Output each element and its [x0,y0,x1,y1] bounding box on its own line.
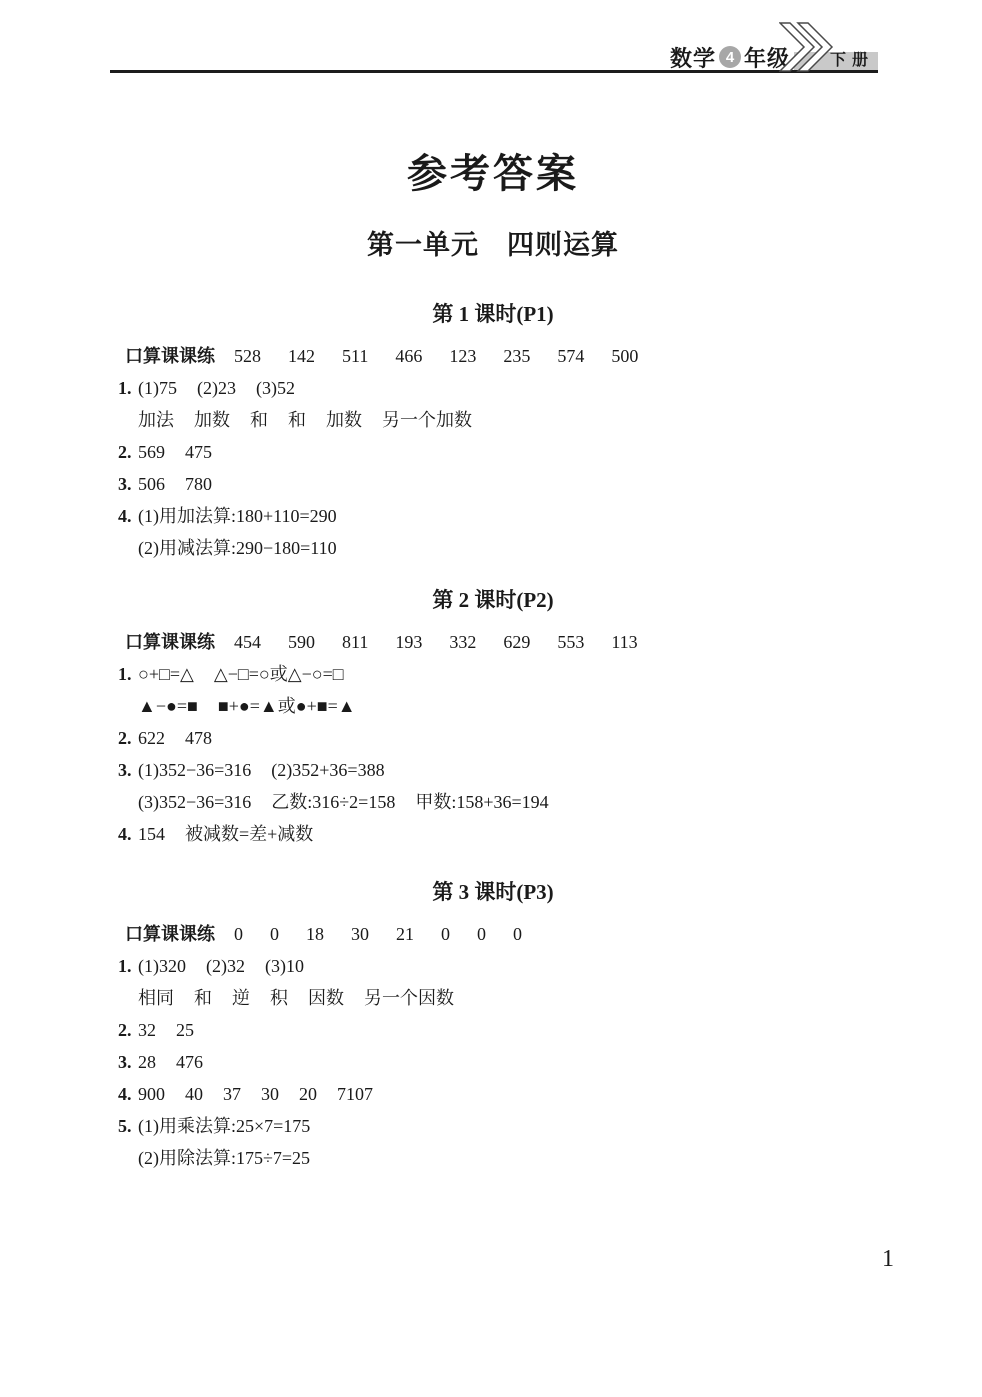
answer-segment: 逆 [232,982,250,1014]
answer-segment: 454 [234,626,261,658]
answer-segment: △−□=○或△−○=□ [214,658,344,690]
answer-line: 相同和逆积因数另一个因数 [118,982,868,1014]
answer-segment: (2)352+36=388 [271,754,384,786]
oral-practice-line: 口算课课练528142511466123235574500 [118,340,868,372]
answer-line: 4.(1)用加法算:180+110=290 [118,500,868,532]
answer-segment: 20 [299,1078,317,1110]
answer-segment: 加数 [326,404,362,436]
answer-segment: 476 [176,1046,203,1078]
double-chevron-right-icon [779,22,841,77]
oral-practice-label: 口算课课练 [125,340,215,372]
answer-segment: 235 [503,340,530,372]
answer-segment: 积 [270,982,288,1014]
answer-segment: 154 [138,818,165,850]
item-number: 3. [118,754,138,786]
answer-line: 4.154被减数=差+减数 [118,818,868,850]
answer-line: 1.○+□=△△−□=○或△−○=□ [118,658,868,690]
answer-segment: 乙数:316÷2=158 [271,786,395,818]
answer-segment: 574 [557,340,584,372]
answer-segment: 另一个因数 [364,982,454,1014]
oral-practice-line: 口算课课练00183021000 [118,918,868,950]
answer-segment: (2)23 [197,372,236,404]
answer-segment: 28 [138,1046,156,1078]
answer-segment: 和 [288,404,306,436]
answer-segment: (1)用乘法算:25×7=175 [138,1110,310,1142]
answer-line: 2.622478 [118,722,868,754]
answer-line: ▲−●=■■+●=▲或●+■=▲ [118,690,868,722]
answer-segment: 553 [557,626,584,658]
answer-segment: 475 [185,436,212,468]
item-number: 4. [118,500,138,532]
answer-line: (2)用除法算:175÷7=25 [118,1142,868,1174]
item-number: 5. [118,1110,138,1142]
answer-segment: 113 [611,626,637,658]
item-number: 3. [118,468,138,500]
answer-segment: 被减数=差+减数 [185,818,313,850]
answer-segment: 7107 [337,1078,373,1110]
item-number: 3. [118,1046,138,1078]
answer-segment: (3)352−36=316 [138,786,251,818]
lesson-heading: 第 3 课时(P3) [118,880,868,904]
answer-segment: 加法 [138,404,174,436]
answer-segment: 21 [396,918,414,950]
sections-container: 第 1 课时(P1)口算课课练5281425114661232355745001… [118,302,868,1174]
answer-segment: 780 [185,468,212,500]
item-number: 1. [118,950,138,982]
answer-segment: ○+□=△ [138,658,194,690]
oral-practice-line: 口算课课练454590811193332629553113 [118,626,868,658]
item-number: 2. [118,1014,138,1046]
answer-segment: 123 [449,340,476,372]
content-column: 参考答案 第一单元 四则运算 第 1 课时(P1)口算课课练5281425114… [118,0,868,1174]
answer-segment: 37 [223,1078,241,1110]
answer-segment: 900 [138,1078,165,1110]
answer-segment: 25 [176,1014,194,1046]
answer-line: 2.569475 [118,436,868,468]
answer-segment: 另一个加数 [382,404,472,436]
answer-line: 2.3225 [118,1014,868,1046]
answer-segment: 和 [194,982,212,1014]
answer-segment: 332 [449,626,476,658]
answer-line: 1.(1)320(2)32(3)10 [118,950,868,982]
answer-line: 4.900403730207107 [118,1078,868,1110]
answer-segment: 30 [261,1078,279,1110]
answer-line: 3.28476 [118,1046,868,1078]
answer-segment: 506 [138,468,165,500]
answer-segment: 478 [185,722,212,754]
answer-segment: ▲−●=■ [138,690,198,722]
answer-segment: 0 [477,918,486,950]
answer-segment: 32 [138,1014,156,1046]
answer-line: 加法加数和和加数另一个加数 [118,404,868,436]
answer-segment: 因数 [308,982,344,1014]
answer-segment: (1)用加法算:180+110=290 [138,500,337,532]
answer-segment: 629 [503,626,530,658]
answer-segment: 加数 [194,404,230,436]
answer-segment: 0 [441,918,450,950]
answer-line: 1.(1)75(2)23(3)52 [118,372,868,404]
answer-segment: 40 [185,1078,203,1110]
answer-segment: 0 [513,918,522,950]
answer-segment: 30 [351,918,369,950]
lesson-heading: 第 1 课时(P1) [118,302,868,326]
unit-heading: 第一单元 四则运算 [118,228,868,262]
answer-segment: 569 [138,436,165,468]
answer-segment: 528 [234,340,261,372]
answer-segment: (3)52 [256,372,295,404]
answer-segment: 622 [138,722,165,754]
answer-segment: (3)10 [265,950,304,982]
item-number: 4. [118,818,138,850]
answer-segment: 相同 [138,982,174,1014]
item-number: 2. [118,722,138,754]
answer-segment: 18 [306,918,324,950]
oral-practice-label: 口算课课练 [125,626,215,658]
item-number: 1. [118,658,138,690]
answer-line: (2)用减法算:290−180=110 [118,532,868,564]
lesson-section: 第 3 课时(P3)口算课课练001830210001.(1)320(2)32(… [118,880,868,1174]
oral-practice-label: 口算课课练 [125,918,215,950]
answer-segment: 142 [288,340,315,372]
item-number: 1. [118,372,138,404]
answer-segment: 811 [342,626,368,658]
answer-line: (3)352−36=316乙数:316÷2=158甲数:158+36=194 [118,786,868,818]
answer-line: 3.(1)352−36=316(2)352+36=388 [118,754,868,786]
answer-key-page: 数学 4 年级 下册 参考答案 第一单元 四则运算 第 1 课时(P1)口算课课… [0,0,982,1397]
answer-segment: (2)用除法算:175÷7=25 [138,1142,310,1174]
answer-segment: (1)352−36=316 [138,754,251,786]
answer-segment: (1)320 [138,950,186,982]
lesson-section: 第 2 课时(P2)口算课课练4545908111933326295531131… [118,588,868,850]
answer-segment: (2)用减法算:290−180=110 [138,532,337,564]
answer-segment: 193 [395,626,422,658]
lesson-section: 第 1 课时(P1)口算课课练5281425114661232355745001… [118,302,868,564]
answer-segment: ■+●=▲或●+■=▲ [218,690,356,722]
answer-segment: 511 [342,340,368,372]
answer-segment: 0 [270,918,279,950]
answer-line: 3.506780 [118,468,868,500]
answer-segment: 和 [250,404,268,436]
answer-line: 5.(1)用乘法算:25×7=175 [118,1110,868,1142]
answer-segment: (2)32 [206,950,245,982]
lesson-heading: 第 2 课时(P2) [118,588,868,612]
item-number: 4. [118,1078,138,1110]
item-number: 2. [118,436,138,468]
answer-segment: 500 [611,340,638,372]
answer-segment: 0 [234,918,243,950]
page-title: 参考答案 [118,150,868,198]
answer-segment: 590 [288,626,315,658]
page-number: 1 [882,1246,894,1272]
answer-segment: 甲数:158+36=194 [415,786,548,818]
answer-segment: (1)75 [138,372,177,404]
answer-segment: 466 [395,340,422,372]
